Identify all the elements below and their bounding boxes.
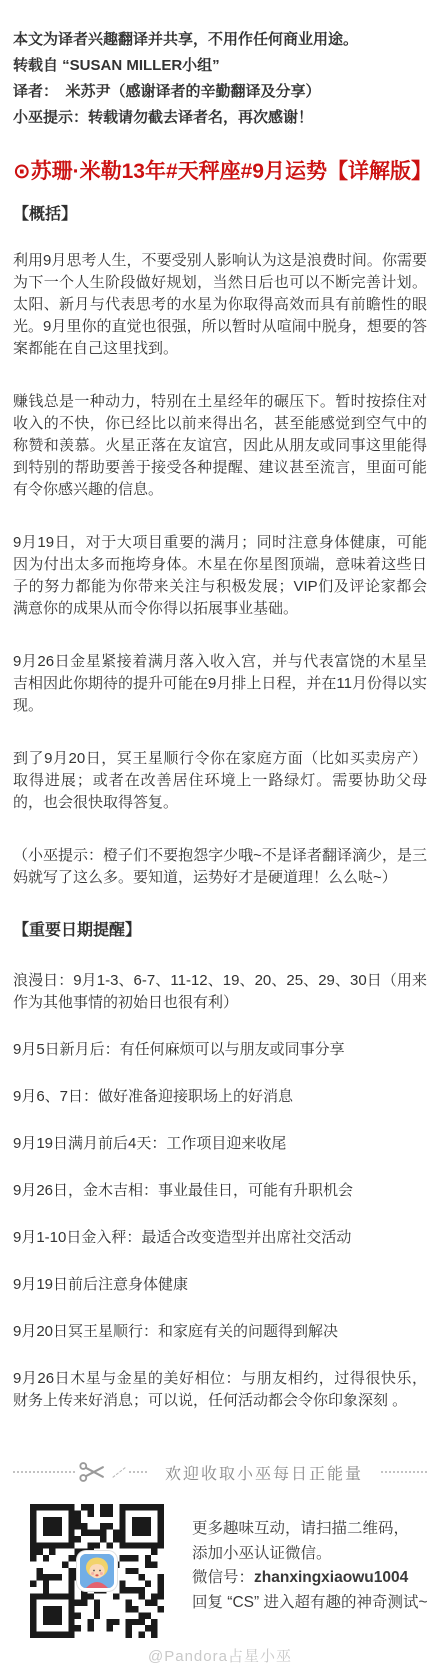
paragraph: 赚钱总是一种动力，特别在土星经年的碾压下。暂时按捺住对收入的不快，你已经比以前来… — [13, 391, 427, 501]
date-item: 9月19日满月前后4天：工作项目迎来收尾 — [13, 1133, 427, 1155]
qr-code — [30, 1504, 164, 1638]
cartoon-girl-avatar — [77, 1551, 117, 1591]
paragraph: 9月19日，对于大项目重要的满月；同时注意身体健康，可能因为付出太多而拖垮身体。… — [13, 532, 427, 620]
paragraph: 9月26日金星紧接着满月落入收入宫，并与代表富饶的木星呈吉相因此你期待的提升可能… — [13, 651, 427, 717]
overview-body: 利用9月思考人生，不要受别人影响认为这是浪费时间。你需要为下一个人生阶段做好规划… — [13, 250, 427, 889]
qr-contact-row: 更多趣味互动，请扫描二维码， 添加小巫认证微信。 微信号：zhanxingxia… — [13, 1504, 427, 1638]
article-page: 本文为译者兴趣翻译并共享，不用作任何商业用途。 转载自 “SUSAN MILLE… — [0, 0, 440, 1671]
paragraph: 利用9月思考人生，不要受别人影响认为这是浪费时间。你需要为下一个人生阶段做好规划… — [13, 250, 427, 360]
date-item: 9月19日前后注意身体健康 — [13, 1274, 427, 1296]
scissors-icon — [75, 1460, 109, 1484]
dotted-line — [129, 1471, 147, 1473]
article-title: ⊙苏珊·米勒13年#天秤座#9月运势【详解版】 — [13, 158, 427, 185]
dotted-line — [13, 1471, 75, 1473]
wechat-label: 微信号： — [192, 1569, 254, 1586]
cut-line-divider: 欢迎收取小巫每日正能量 — [13, 1458, 427, 1486]
section-heading-important-dates: 【重要日期提醒】 — [13, 920, 427, 942]
note-line: 译者： 米苏尹（感谢译者的辛勤翻译及分享） — [13, 79, 427, 105]
date-item: 9月6、7日：做好准备迎接职场上的好消息 — [13, 1086, 427, 1108]
date-item: 9月26日木星与金星的美好相位：与朋友相约，过得很快乐，财务上传来好消息；可以说… — [13, 1368, 427, 1412]
important-dates-list: 浪漫日：9月1-3、6-7、11-12、19、20、25、29、30日（用来作为… — [13, 970, 427, 1412]
date-item: 浪漫日：9月1-3、6-7、11-12、19、20、25、29、30日（用来作为… — [13, 970, 427, 1014]
dotted-line — [381, 1471, 427, 1473]
section-heading-overview: 【概括】 — [13, 204, 427, 226]
translator-notes: 本文为译者兴趣翻译并共享，不用作任何商业用途。 转载自 “SUSAN MILLE… — [13, 27, 427, 131]
paragraph: （小巫提示：橙子们不要抱怨字少哦~不是译者翻译滴少，是三妈就写了这么多。要知道，… — [13, 845, 427, 889]
contact-line: 添加小巫认证微信。 — [192, 1542, 428, 1567]
contact-line: 回复 “CS” 进入超有趣的神奇测试~ — [192, 1591, 428, 1616]
contact-line: 更多趣味互动，请扫描二维码， — [192, 1517, 428, 1542]
date-item: 9月20日冥王星顺行：和家庭有关的问题得到解决 — [13, 1321, 427, 1343]
note-line: 转载自 “SUSAN MILLER小组” — [13, 53, 427, 79]
date-item: 9月26日，金木吉相：事业最佳日，可能有升职机会 — [13, 1180, 427, 1202]
slash-mark — [112, 1467, 125, 1478]
date-item: 9月1-10日金入秤：最适合改变造型并出席社交活动 — [13, 1227, 427, 1249]
contact-info: 更多趣味互动，请扫描二维码， 添加小巫认证微信。 微信号：zhanxingxia… — [192, 1504, 428, 1638]
date-item: 9月5日新月后：有任何麻烦可以与朋友或同事分享 — [13, 1039, 427, 1061]
note-line: 本文为译者兴趣翻译并共享，不用作任何商业用途。 — [13, 27, 427, 53]
watermark: @Pandora占星小巫 — [13, 1645, 427, 1666]
wechat-id-value: zhanxingxiaowu1004 — [254, 1569, 408, 1586]
note-line: 小巫提示：转载请勿截去译者名，再次感谢！ — [13, 105, 427, 131]
paragraph: 到了9月20日，冥王星顺行令你在家庭方面（比如买卖房产）取得进展；或者在改善居住… — [13, 748, 427, 814]
wechat-id-line: 微信号：zhanxingxiaowu1004 — [192, 1566, 428, 1591]
divider-slogan: 欢迎收取小巫每日正能量 — [147, 1461, 381, 1484]
